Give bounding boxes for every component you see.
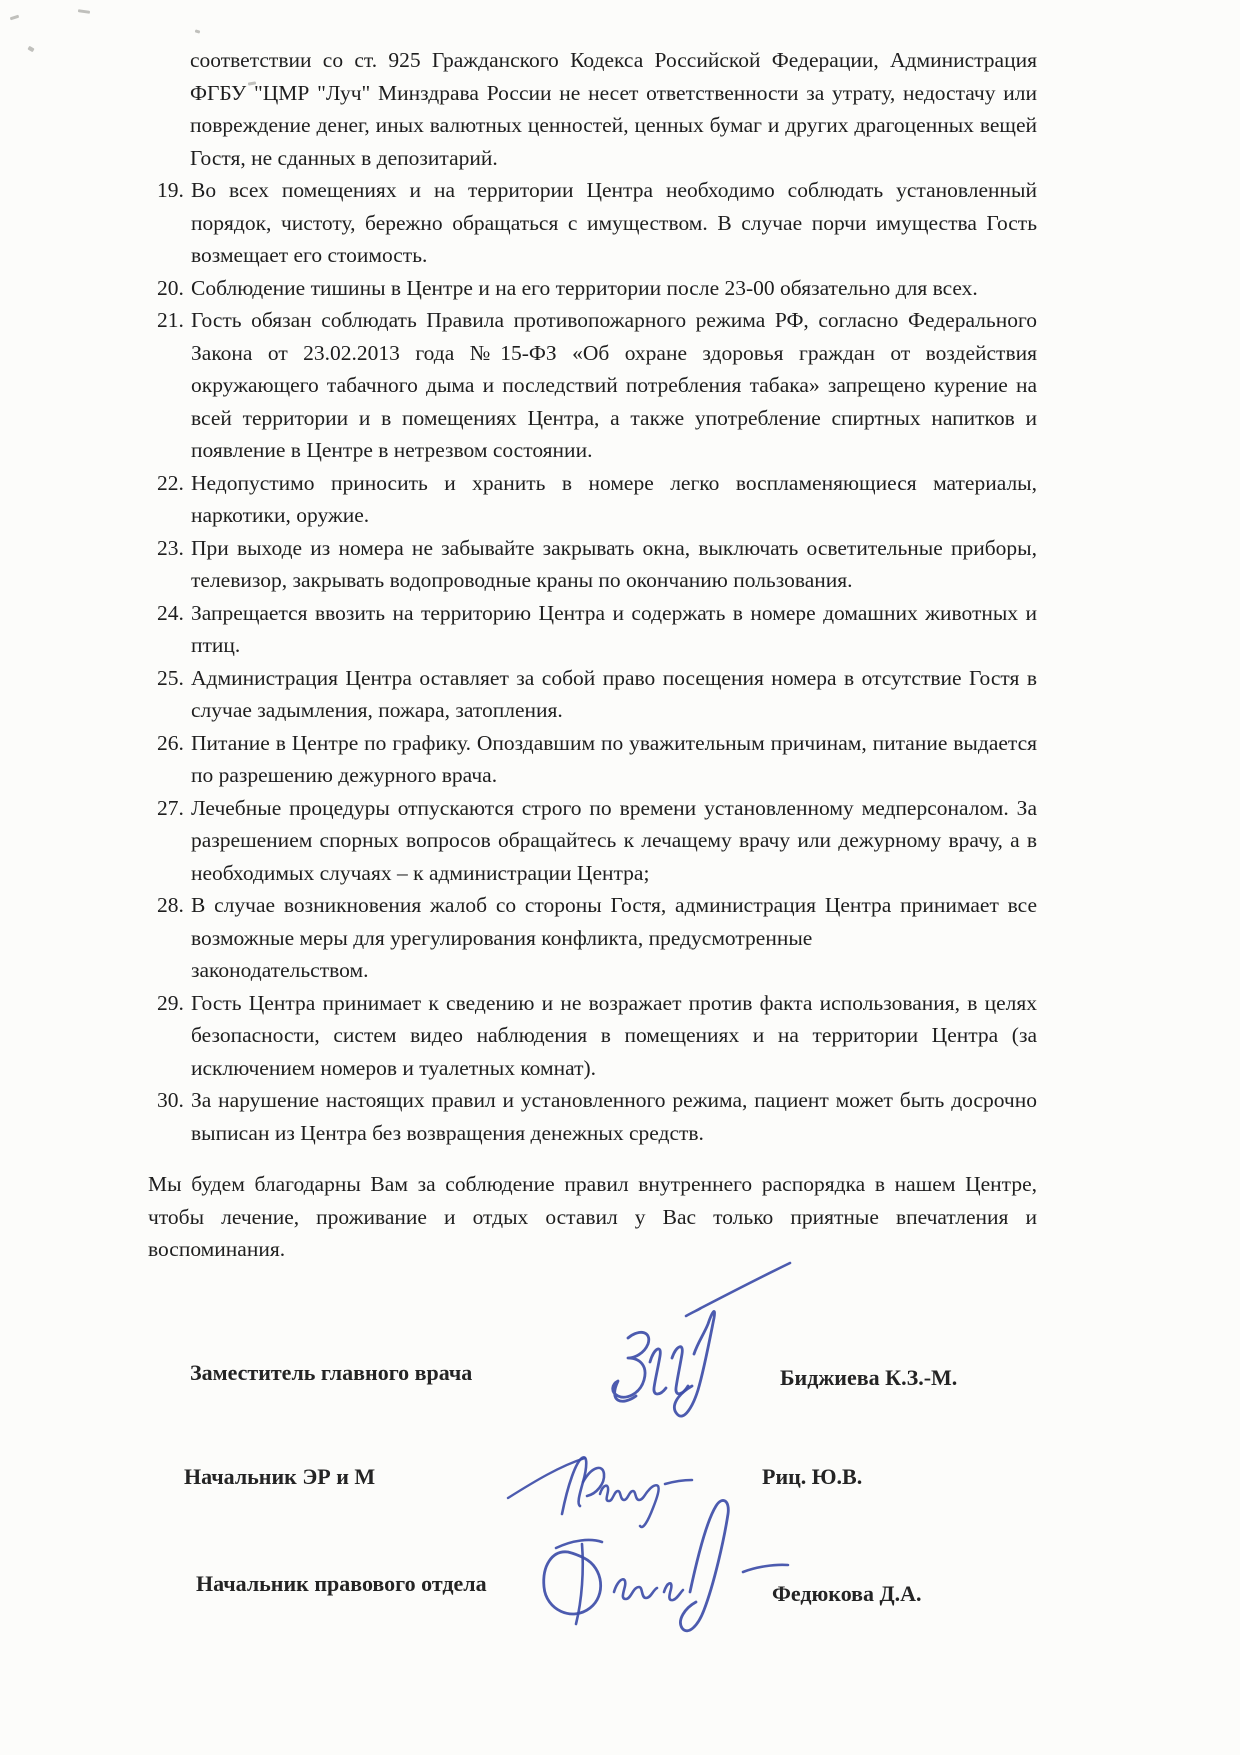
continuation-paragraph: соответствии со ст. 925 Гражданского Код… [190,44,1037,174]
signature-ink-fedyukova [538,1492,803,1640]
rule-text: Запрещается ввозить на территорию Центра… [191,601,1037,658]
rule-number: 26. [157,727,184,760]
rule-text: При выходе из номера не забывайте закрыв… [191,536,1037,593]
rule-text: Недопустимо приносить и хранить в номере… [191,471,1037,528]
rule-number: 25. [157,662,184,695]
rule-item-26: 26. Питание в Центре по графику. Опоздав… [157,727,1037,792]
rule-text: Во всех помещениях и на территории Центр… [191,178,1037,267]
scan-artifact [78,9,90,14]
rule-number: 20. [157,272,184,305]
rule-text: Питание в Центре по графику. Опоздавшим … [191,731,1037,788]
document-body: соответствии со ст. 925 Гражданского Код… [157,44,1037,1266]
rule-text: Лечебные процедуры отпускаются строго по… [191,796,1037,885]
rule-number: 30. [157,1084,184,1117]
rule-text: Гость обязан соблюдать Правила противопо… [191,308,1037,462]
rule-text: За нарушение настоящих правил и установл… [191,1088,1037,1145]
rule-item-30: 30. За нарушение настоящих правил и уста… [157,1084,1037,1149]
rule-number: 27. [157,792,184,825]
scan-artifact [10,15,19,21]
rule-item-22: 22. Недопустимо приносить и хранить в но… [157,467,1037,532]
rules-list: 19. Во всех помещениях и на территории Ц… [157,174,1037,1149]
scan-artifact [195,29,201,33]
rule-item-29: 29. Гость Центра принимает к сведению и … [157,987,1037,1085]
rule-item-19: 19. Во всех помещениях и на территории Ц… [157,174,1037,272]
scan-artifact [27,46,34,52]
rule-number: 23. [157,532,184,565]
signer-title-head-er-m: Начальник ЭР и М [184,1464,375,1490]
signature-ink-bidzhieva [598,1254,798,1431]
signer-name-fedyukova: Федюкова Д.А. [772,1581,922,1607]
rule-item-27: 27. Лечебные процедуры отпускаются строг… [157,792,1037,890]
scanned-document-page: соответствии со ст. 925 Гражданского Код… [0,0,1240,1755]
closing-paragraph: Мы будем благодарны Вам за соблюдение пр… [148,1168,1037,1266]
signer-title-deputy-chief-physician: Заместитель главного врача [190,1360,472,1386]
signer-name-rits: Риц. Ю.В. [762,1464,862,1490]
signer-name-bidzhieva: Биджиева К.З.-М. [780,1365,957,1391]
rule-item-28: 28. В случае возникновения жалоб со стор… [157,889,1037,987]
rule-number: 19. [157,174,184,207]
rule-number: 24. [157,597,184,630]
rule-number: 21. [157,304,184,337]
rule-item-25: 25. Администрация Центра оставляет за со… [157,662,1037,727]
rule-text: Соблюдение тишины в Центре и на его терр… [191,276,978,300]
rule-item-23: 23. При выходе из номера не забывайте за… [157,532,1037,597]
signer-title-head-legal-department: Начальник правового отдела [196,1571,487,1597]
rule-text: Администрация Центра оставляет за собой … [191,666,1037,723]
rule-item-21: 21. Гость обязан соблюдать Правила проти… [157,304,1037,467]
rule-text: В случае возникновения жалоб со стороны … [191,893,1037,982]
rule-number: 29. [157,987,184,1020]
rule-item-24: 24. Запрещается ввозить на территорию Це… [157,597,1037,662]
rule-number: 28. [157,889,184,922]
rule-number: 22. [157,467,184,500]
rule-item-20: 20. Соблюдение тишины в Центре и на его … [157,272,1037,305]
rule-text: Гость Центра принимает к сведению и не в… [191,991,1037,1080]
